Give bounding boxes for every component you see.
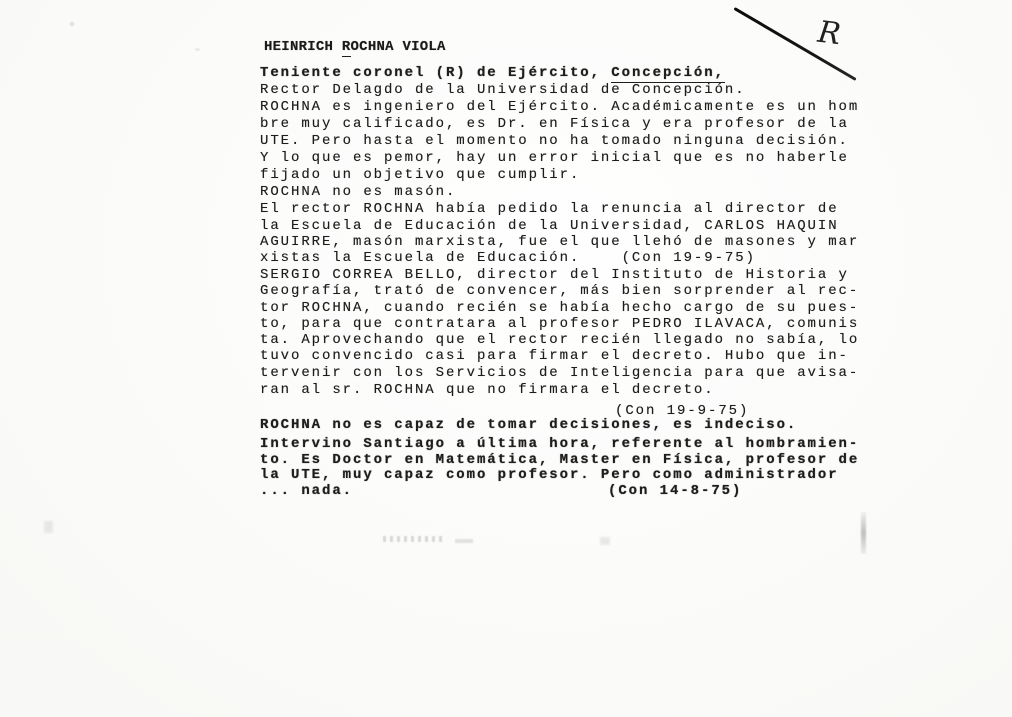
text-line: Intervino Santiago a última hora, refere… bbox=[260, 437, 859, 451]
line-text: ROCHNA no es capaz de tomar decisiones, … bbox=[260, 417, 797, 433]
line-text: tuvo convencido casi para firmar el decr… bbox=[260, 348, 849, 364]
text-line: ROCHNA no es capaz de tomar decisiones, … bbox=[260, 418, 797, 432]
line-text: to, para que contratara al profesor PEDR… bbox=[260, 316, 859, 332]
line-text: fijado un objetivo que cumplir. bbox=[260, 167, 580, 183]
line-text: AGUIRRE, masón marxista, fue el que lleh… bbox=[260, 234, 859, 250]
line-text: to. Es Doctor en Matemática, Master en F… bbox=[260, 452, 859, 468]
handwritten-r-mark: R bbox=[816, 15, 843, 52]
text-line: ta. Aprovechando que el rector recién ll… bbox=[260, 333, 859, 347]
line-text: Geografía, trató de convencer, más bien … bbox=[260, 283, 859, 299]
line-text: ran al sr. ROCHNA que no firmara el decr… bbox=[260, 382, 715, 398]
scan-artifact bbox=[455, 539, 473, 543]
scan-artifact bbox=[70, 22, 74, 26]
text-line: El rector ROCHNA había pedido la renunci… bbox=[260, 202, 839, 216]
text-line: Y lo que es pemor, hay un error inicial … bbox=[260, 151, 849, 165]
text-line: (Con 19-9-75) bbox=[615, 404, 749, 418]
text-line: Teniente coronel (R) de Ejército, Concep… bbox=[260, 66, 725, 80]
scan-artifact bbox=[44, 521, 53, 533]
text-line: AGUIRRE, masón marxista, fue el que lleh… bbox=[260, 235, 859, 249]
line-text: ... nada. bbox=[260, 483, 353, 499]
line-text: tervenir con los Servicios de Inteligenc… bbox=[260, 365, 859, 381]
line-text: SERGIO CORREA BELLO, director del Instit… bbox=[260, 267, 849, 283]
text-line: la UTE, muy capaz como profesor. Pero co… bbox=[260, 468, 839, 482]
line-text: Teniente coronel (R) de Ejército, bbox=[260, 65, 611, 81]
line-text: xistas la Escuela de Educación. (Con 19-… bbox=[260, 250, 756, 266]
line-text: Rector Delagdo de la Universidad de Conc… bbox=[260, 82, 746, 98]
title-underlined-letter: R bbox=[342, 39, 351, 57]
text-line: Rector Delagdo de la Universidad de Conc… bbox=[260, 83, 746, 97]
scanned-page: HEINRICH ROCHNA VIOLA Teniente coronel (… bbox=[0, 0, 1012, 717]
text-line: (Con 14-8-75) bbox=[608, 484, 742, 498]
text-line: xistas la Escuela de Educación. (Con 19-… bbox=[260, 251, 756, 265]
underlined-text: Concepción, bbox=[611, 65, 725, 83]
text-line: ROCHNA es ingeniero del Ejército. Académ… bbox=[260, 100, 859, 114]
text-line: UTE. Pero hasta el momento no ha tomado … bbox=[260, 134, 849, 148]
text-line: la Escuela de Educación de la Universida… bbox=[260, 219, 839, 233]
text-line: tervenir con los Servicios de Inteligenc… bbox=[260, 366, 859, 380]
text-line: SERGIO CORREA BELLO, director del Instit… bbox=[260, 268, 849, 282]
text-line: ran al sr. ROCHNA que no firmara el decr… bbox=[260, 383, 715, 397]
scan-artifact bbox=[195, 48, 200, 51]
title-text: HEINRICH bbox=[264, 39, 342, 55]
text-line: fijado un objetivo que cumplir. bbox=[260, 168, 580, 182]
line-text: UTE. Pero hasta el momento no ha tomado … bbox=[260, 133, 849, 149]
text-line: tuvo convencido casi para firmar el decr… bbox=[260, 349, 849, 363]
line-text: ta. Aprovechando que el rector recién ll… bbox=[260, 332, 859, 348]
text-line: to. Es Doctor en Matemática, Master en F… bbox=[260, 453, 859, 467]
text-line: ROCHNA no es masón. bbox=[260, 185, 456, 199]
title-text: OCHNA VIOLA bbox=[351, 39, 446, 55]
line-text: ROCHNA es ingeniero del Ejército. Académ… bbox=[260, 99, 859, 115]
text-line: ... nada. bbox=[260, 484, 353, 498]
scan-artifact bbox=[383, 536, 445, 542]
line-text: El rector ROCHNA había pedido la renunci… bbox=[260, 201, 839, 217]
text-line: bre muy calificado, es Dr. en Física y e… bbox=[260, 117, 849, 131]
scan-artifact bbox=[600, 537, 610, 545]
text-line: tor ROCHNA, cuando recién se había hecho… bbox=[260, 301, 859, 315]
line-text: bre muy calificado, es Dr. en Física y e… bbox=[260, 116, 849, 132]
line-text: (Con 14-8-75) bbox=[608, 483, 742, 499]
text-line: to, para que contratara al profesor PEDR… bbox=[260, 317, 859, 331]
text-line: Geografía, trató de convencer, más bien … bbox=[260, 284, 859, 298]
line-text: ROCHNA no es masón. bbox=[260, 184, 456, 200]
line-text: Intervino Santiago a última hora, refere… bbox=[260, 436, 859, 452]
line-text: tor ROCHNA, cuando recién se había hecho… bbox=[260, 300, 859, 316]
scan-artifact bbox=[861, 512, 866, 554]
line-text: la UTE, muy capaz como profesor. Pero co… bbox=[260, 467, 839, 483]
line-text: Y lo que es pemor, hay un error inicial … bbox=[260, 150, 849, 166]
document-title: HEINRICH ROCHNA VIOLA bbox=[264, 40, 446, 54]
line-text: la Escuela de Educación de la Universida… bbox=[260, 218, 839, 234]
